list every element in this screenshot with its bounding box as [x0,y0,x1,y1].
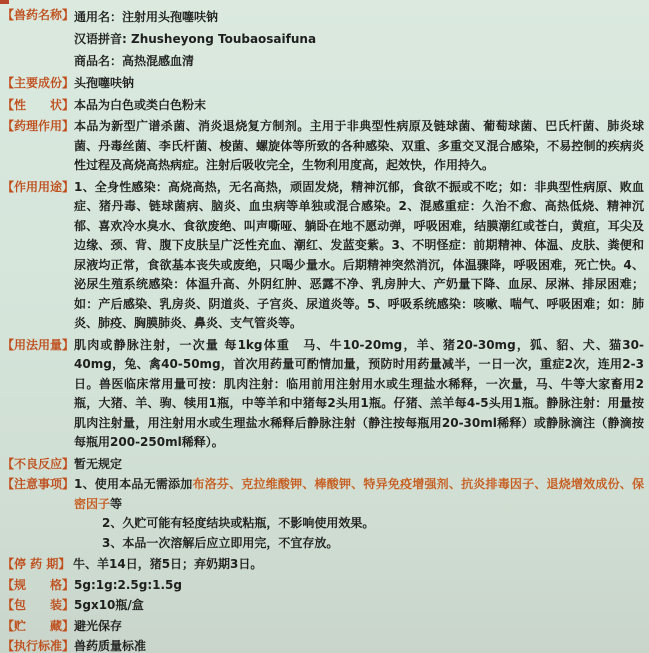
section-packaging: 【包 装】 5gx10瓶/盒 [2,596,646,616]
drug-name-label: 【兽药名称】 [2,6,74,26]
precaution-item-3: 3、本品一次溶解后应立即用完，不宜存放。 [74,534,644,554]
section-ingredients: 【主要成份】 头孢噻呋钠 [2,74,646,94]
section-precautions: 【注意事项】 1、使用本品无需添加布洛芬、克拉维酸钾、棒酸钾、特异免疫增强剂、抗… [2,475,646,553]
ingredients-label: 【主要成份】 [2,74,74,94]
section-properties: 【性 状】 本品为白色或类白色粉末 [2,96,646,116]
section-specification: 【规 格】 5g:1g:2.5g:1.5g [2,576,646,596]
generic-name: 通用名：注射用头孢噻呋钠 [74,6,644,28]
precaution-item-1-suffix: 等 [110,497,122,511]
withdrawal-period-text: 牛、羊14日，猪5日；弃奶期3日。 [73,555,646,575]
standard-label: 【执行标准】 [2,637,74,653]
adverse-reactions-text: 暂无规定 [74,455,646,475]
indications-label: 【作用用途】 [2,178,74,198]
section-adverse-reactions: 【不良反应】 暂无规定 [2,455,646,475]
precautions-label: 【注意事项】 [2,475,74,495]
properties-label: 【性 状】 [2,96,74,116]
section-dosage: 【用法用量】 肌肉或静脉注射，一次量 每1kg体重 马、牛10-20mg，羊、猪… [2,336,646,453]
storage-text: 避光保存 [74,617,646,637]
packaging-label: 【包 装】 [2,596,74,616]
precaution-item-1-prefix: 1、使用本品无需添加 [74,477,192,491]
section-indications: 【作用用途】 1、全身性感染：高烧高热，无名高热，顽固发烧，精神沉郁，食欲不振或… [2,178,646,334]
properties-text: 本品为白色或类白色粉末 [74,96,646,116]
ingredients-text: 头孢噻呋钠 [74,74,646,94]
pinyin-name: 汉语拼音: Zhusheyong Toubaosaifuna [74,28,644,50]
storage-label: 【贮 藏】 [2,617,74,637]
trade-name: 商品名：高热混感血清 [74,50,644,72]
pharmacology-text: 本品为新型广谱杀菌、消炎退烧复方制剂。主用于非典型性病原及链球菌、葡萄球菌、巴氏… [74,117,646,176]
cropped-text-artifact [0,0,9,4]
dosage-text: 肌肉或静脉注射，一次量 每1kg体重 马、牛10-20mg，羊、猪20-30mg… [74,336,646,453]
section-standard: 【执行标准】 兽药质量标准 [2,637,646,653]
dosage-label: 【用法用量】 [2,336,74,356]
specification-text: 5g:1g:2.5g:1.5g [74,576,646,596]
section-pharmacology: 【药理作用】 本品为新型广谱杀菌、消炎退烧复方制剂。主用于非典型性病原及链球菌、… [2,117,646,176]
pharmacology-label: 【药理作用】 [2,117,74,137]
withdrawal-period-label: 【停 药 期】 [2,555,73,575]
precaution-item-2: 2、久贮可能有轻度结块或粘瓶，不影响使用效果。 [74,514,644,534]
standard-text: 兽药质量标准 [74,637,646,653]
section-withdrawal-period: 【停 药 期】 牛、羊14日，猪5日；弃奶期3日。 [2,555,646,575]
veterinary-drug-label-page: 【兽药名称】 通用名：注射用头孢噻呋钠 汉语拼音: Zhusheyong Tou… [0,0,649,653]
indications-text: 1、全身性感染：高烧高热，无名高热，顽固发烧，精神沉郁，食欲不振或不吃；如：非典… [74,178,646,334]
packaging-text: 5gx10瓶/盒 [74,596,646,616]
section-drug-name: 【兽药名称】 通用名：注射用头孢噻呋钠 汉语拼音: Zhusheyong Tou… [2,6,646,72]
precaution-item-1: 1、使用本品无需添加布洛芬、克拉维酸钾、棒酸钾、特异免疫增强剂、抗炎排毒因子、退… [74,475,644,514]
specification-label: 【规 格】 [2,576,74,596]
adverse-reactions-label: 【不良反应】 [2,455,74,475]
section-storage: 【贮 藏】 避光保存 [2,617,646,637]
